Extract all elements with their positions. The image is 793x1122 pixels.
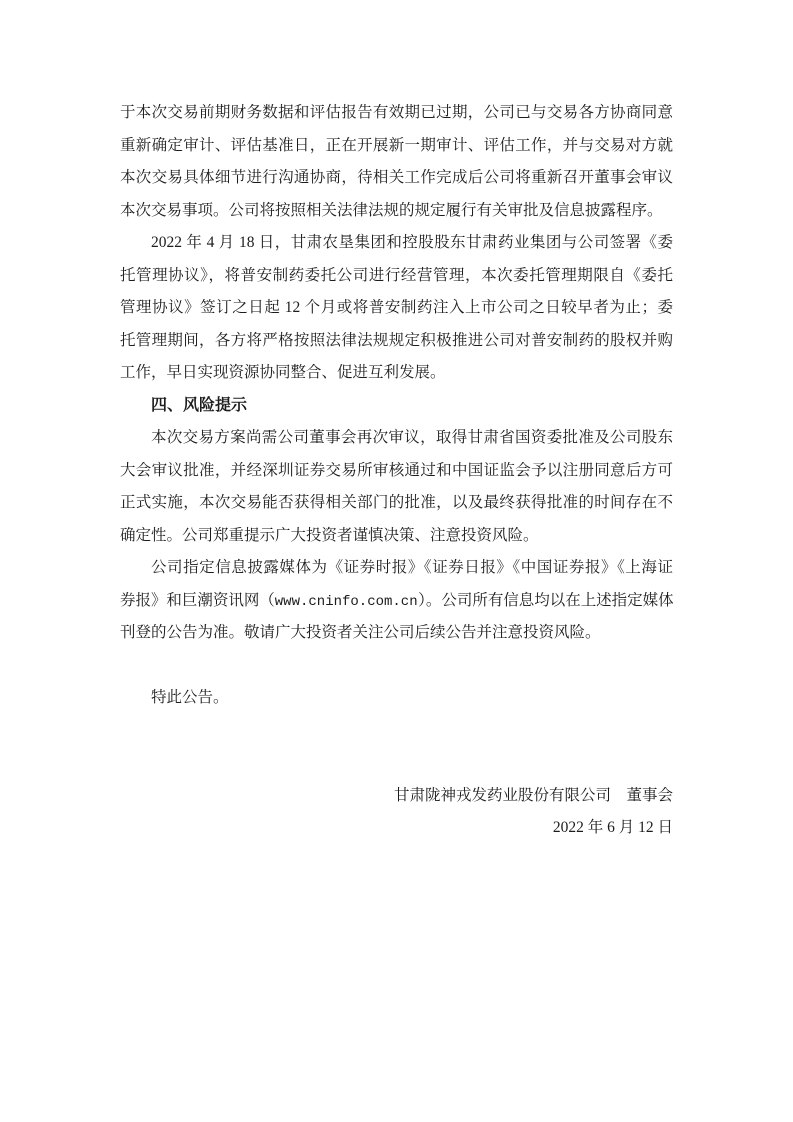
paragraph-media-line: 券报》和巨潮资讯网（www.cninfo.com.cn）。公司所有信息均以在上述…: [120, 585, 673, 618]
paragraph-risk-line: 正式实施，本次交易能否获得相关部门的批准，以及最终获得批准的时间存在不: [120, 487, 673, 520]
blank-line: [120, 747, 673, 780]
announcement-body: 于本次交易前期财务数据和评估报告有效期已过期，公司已与交易各方协商同意 重新确定…: [120, 97, 673, 845]
signature-date-line: 2022 年 6 月 12 日: [120, 812, 673, 845]
paragraph-media-line: 公司指定信息披露媒体为《证券时报》《证券日报》《中国证券报》《上海证: [120, 552, 673, 585]
paragraph-transaction-line: 于本次交易前期财务数据和评估报告有效期已过期，公司已与交易各方协商同意: [120, 97, 673, 130]
paragraph-media-line: 刊登的公告为准。敬请广大投资者关注公司后续公告并注意投资风险。: [120, 617, 673, 650]
paragraph-risk-line: 确定性。公司郑重提示广大投资者谨慎决策、注意投资风险。: [120, 520, 673, 553]
announcement-page: 于本次交易前期财务数据和评估报告有效期已过期，公司已与交易各方协商同意 重新确定…: [0, 0, 793, 1122]
paragraph-media-text: ）。公司所有信息均以在上述指定媒体: [418, 592, 673, 609]
paragraph-risk-line: 本次交易方案尚需公司董事会再次审议，取得甘肃省国资委批准及公司股东: [120, 422, 673, 455]
paragraph-risk-line: 大会审议批准，并经深圳证券交易所审核通过和中国证监会予以注册同意后方可: [120, 455, 673, 488]
paragraph-entrustment-line: 工作，早日实现资源协同整合、促进互利发展。: [120, 357, 673, 390]
disclosure-website-url: www.cninfo.com.cn: [275, 594, 418, 610]
paragraph-entrustment-line: 2022 年 4 月 18 日，甘肃农垦集团和控股股东甘肃药业集团与公司签署《委: [120, 227, 673, 260]
risk-section-heading: 四、风险提示: [120, 390, 673, 423]
blank-line: [120, 650, 673, 683]
paragraph-entrustment-line: 托管理期间，各方将严格按照法律法规规定积极推进公司对普安制药的股权并购: [120, 325, 673, 358]
paragraph-transaction-line: 本次交易事项。公司将按照相关法律法规的规定履行有关审批及信息披露程序。: [120, 195, 673, 228]
paragraph-media-text: 券报》和巨潮资讯网（: [120, 592, 275, 609]
closing-line: 特此公告。: [120, 682, 673, 715]
blank-line: [120, 715, 673, 748]
paragraph-transaction-line: 重新确定审计、评估基准日，正在开展新一期审计、评估工作，并与交易对方就: [120, 130, 673, 163]
paragraph-entrustment-line: 托管理协议》，将普安制药委托公司进行经营管理，本次委托管理期限自《委托: [120, 260, 673, 293]
paragraph-transaction-line: 本次交易具体细节进行沟通协商，待相关工作完成后公司将重新召开董事会审议: [120, 162, 673, 195]
paragraph-entrustment-line: 管理协议》签订之日起 12 个月或将普安制药注入上市公司之日较早者为止；委: [120, 292, 673, 325]
signature-company-line: 甘肃陇神戎发药业股份有限公司 董事会: [120, 780, 673, 813]
